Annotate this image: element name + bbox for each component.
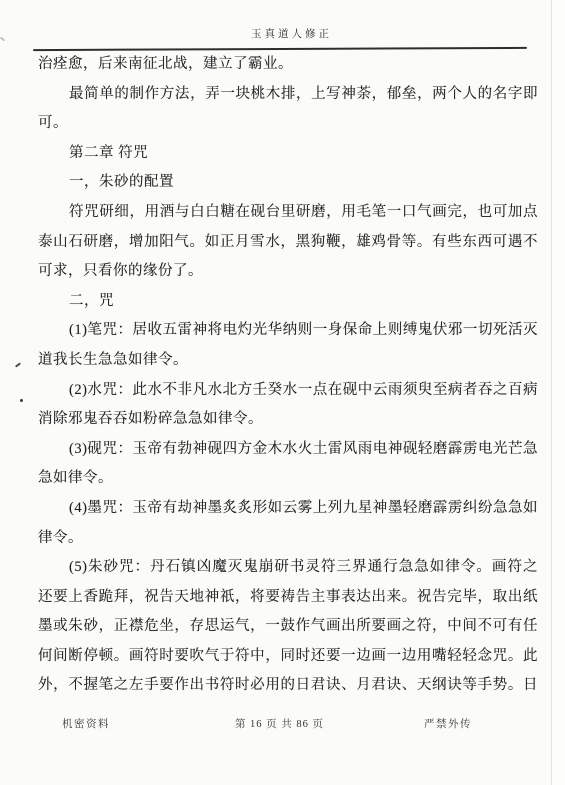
text-line: 墨或朱砂，正襟危坐，存思运气，一鼓作气画出所要画之符，中间不可有任 (38, 612, 538, 642)
text-line: 治痊愈，后来南征北战，建立了霸业。 (38, 50, 538, 80)
scan-speck-corner (0, 37, 5, 42)
text-line: (3)砚咒：玉帝有勃神砚四方金木水火土雷风雨电神砚轻磨霹雳电光芒急 (38, 435, 538, 465)
scan-speck-dot (20, 399, 23, 402)
text-line: 最简单的制作方法，弄一块桃木排，上写神荼，郁垒，两个人的名字即 (38, 80, 538, 110)
scan-speck-tick (15, 362, 21, 367)
text-line: (1)笔咒：居收五雷神将电灼光华纳则一身保命上则缚鬼伏邪一切死活灭 (38, 316, 538, 346)
footer-page-number: 第 16 页 共 86 页 (0, 716, 562, 731)
text-line: 消除邪鬼吞吞如粉碎急急如律令。 (38, 405, 538, 435)
scan-edge-line (551, 0, 552, 785)
text-line: (2)水咒：此水不非凡水北方壬癸水一点在砚中云雨须臾至病者吞之百病 (38, 376, 538, 406)
page-footer: 机密资料 第 16 页 共 86 页 严禁外传 (0, 716, 565, 730)
text-line: 第二章 符咒 (38, 139, 538, 169)
document-body: 治痊愈，后来南征北战，建立了霸业。最简单的制作方法，弄一块桃木排，上写神荼，郁垒… (38, 50, 538, 701)
text-line: 泰山石研磨，增加阳气。如正月雪水，黑狗鞭，雄鸡骨等。有些东西可遇不 (38, 228, 538, 258)
text-line: (4)墨咒：玉帝有劫神墨炙炙形如云雾上列九星神墨轻磨霹雳纠纷急急如 (38, 494, 538, 524)
footer-warning-label: 严禁外传 (424, 716, 472, 731)
page-header-title: 玉真道人修正 (9, 26, 565, 41)
text-line: 道我长生急急如律令。 (38, 346, 538, 376)
scan-margin-right (552, 0, 565, 785)
text-line: 一，朱砂的配置 (38, 168, 538, 198)
scanned-document-page: 玉真道人修正 治痊愈，后来南征北战，建立了霸业。最简单的制作方法，弄一块桃木排，… (0, 0, 565, 785)
text-line: 何间断停顿。画符时要吹气于符中，同时还要一边画一边用嘴轻轻念咒。此 (38, 642, 538, 672)
text-line: 还要上香跪拜，祝告天地神祇，将要祷告主事表达出来。祝告完毕，取出纸 (38, 583, 538, 613)
text-line: 可。 (38, 109, 538, 139)
text-line: 符咒研细，用酒与白白糖在砚台里研磨，用毛笔一口气画完，也可加点 (38, 198, 538, 228)
text-line: 外，不握笔之左手要作出书符时必用的日君诀、月君诀、天纲诀等手势。日 (38, 671, 538, 701)
text-line: 二，咒 (38, 287, 538, 317)
text-line: 急如律令。 (38, 464, 538, 494)
text-line: 律令。 (38, 524, 538, 554)
text-line: 可求，只看你的缘份了。 (38, 257, 538, 287)
text-line: (5)朱砂咒：丹石镇凶魔灭鬼崩研书灵符三界通行急急如律令。画符之前， (38, 553, 538, 583)
